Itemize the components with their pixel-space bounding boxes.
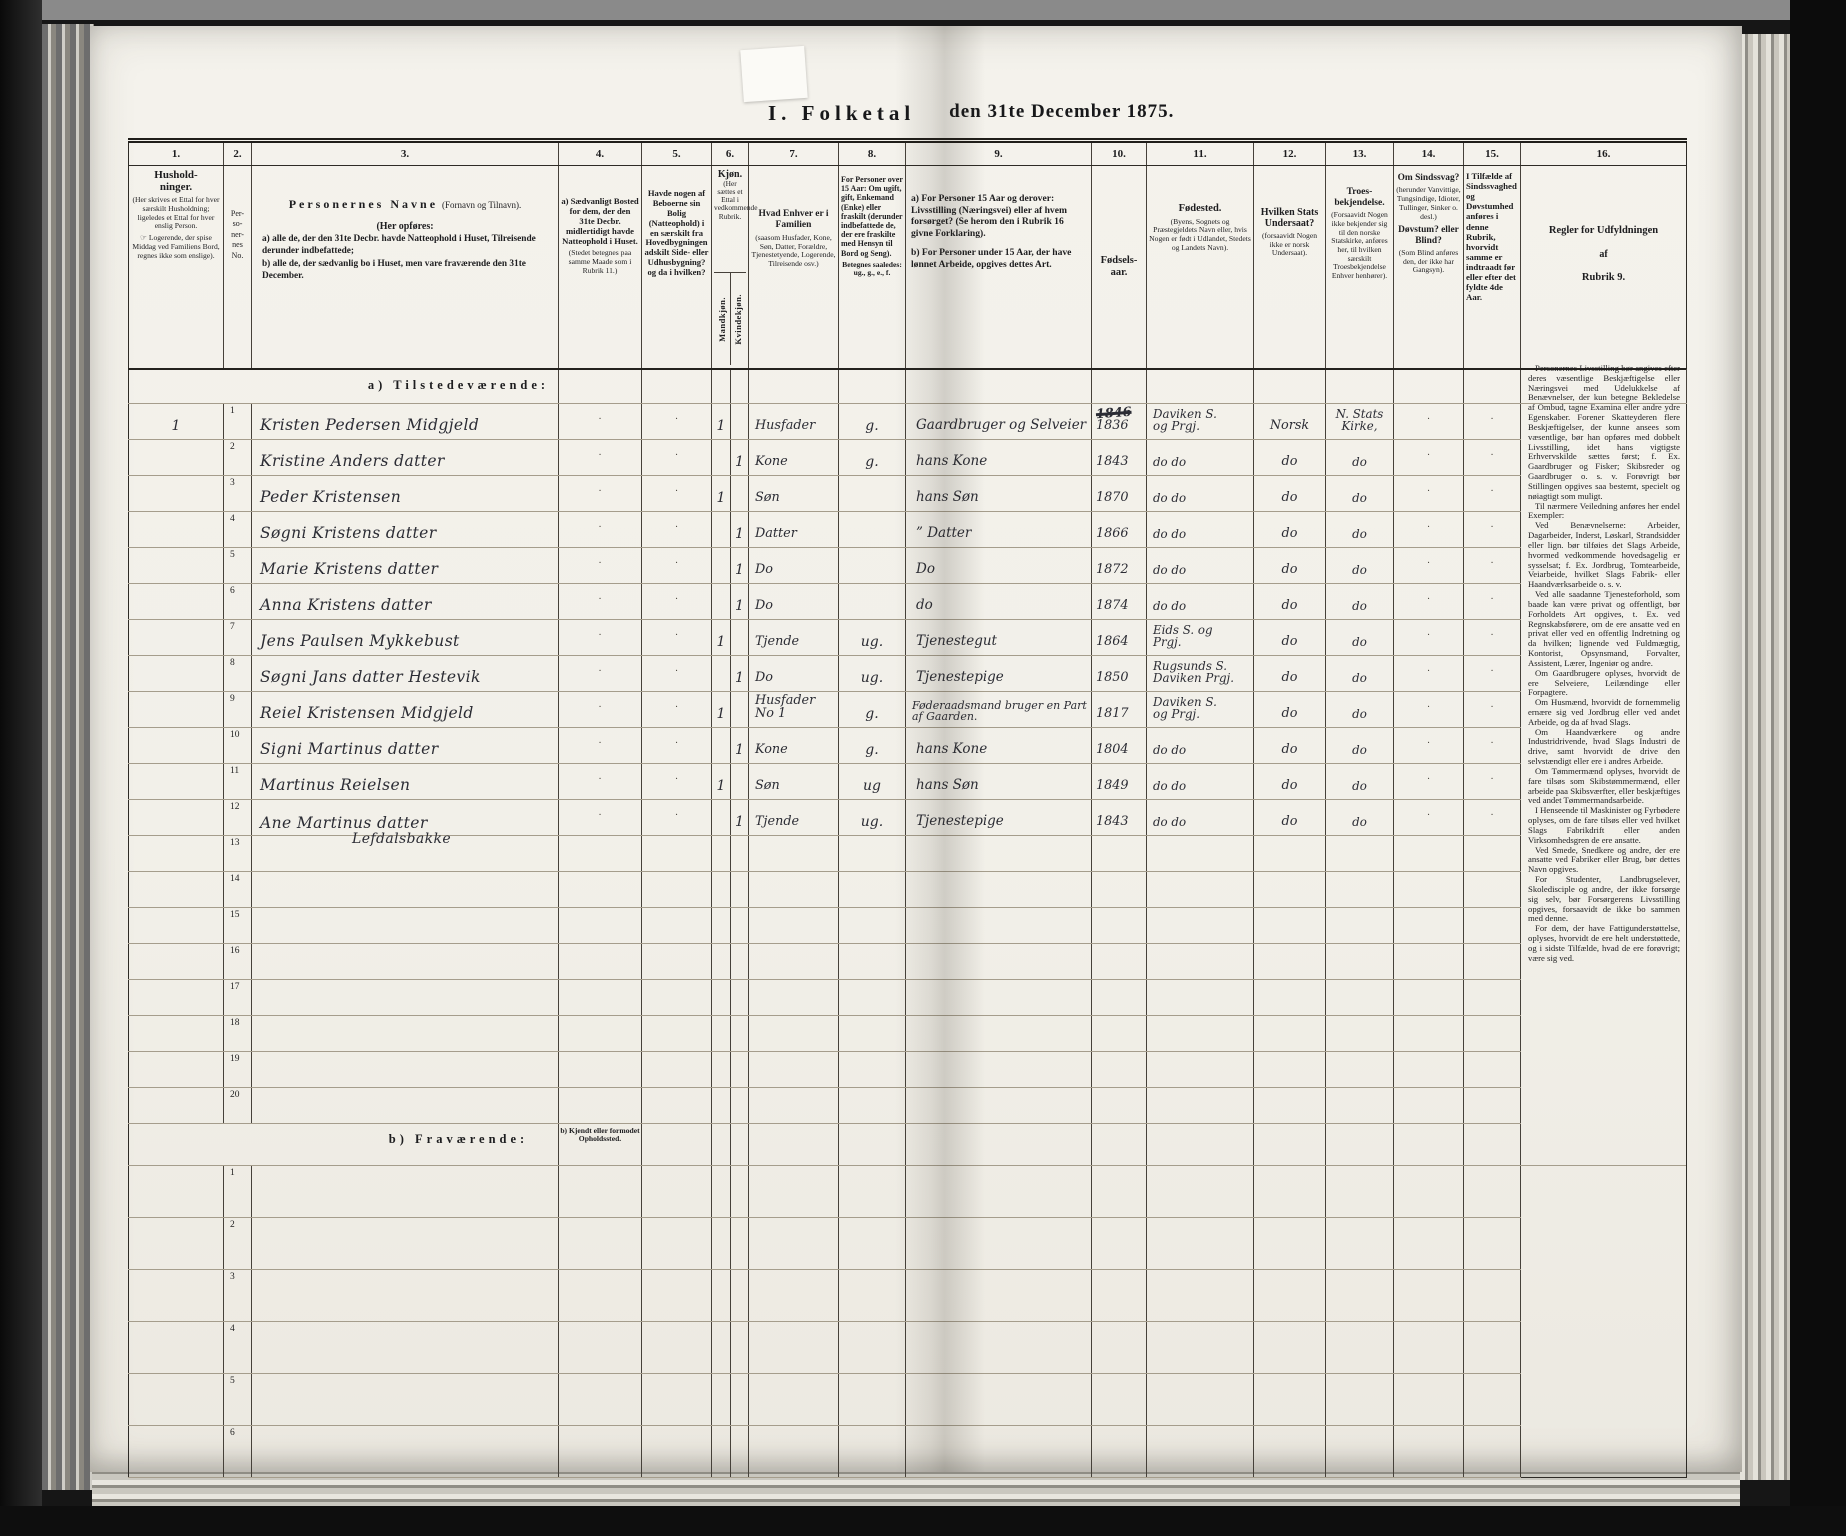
occupation-cell: hans Kone — [906, 727, 1092, 763]
rules-column-cell — [1521, 1269, 1687, 1321]
empty-cell — [1092, 1087, 1147, 1123]
empty-cell — [1464, 1373, 1521, 1425]
empty-cell — [252, 907, 559, 943]
rules-column-cell — [1521, 1217, 1687, 1269]
outbuilding-cell: · — [642, 403, 712, 439]
empty-cell — [642, 1087, 712, 1123]
empty-cell — [1147, 835, 1254, 871]
empty-cell — [1394, 1087, 1464, 1123]
colnum-6: 6. — [712, 141, 749, 166]
male-mark-cell — [712, 799, 731, 835]
female-mark-cell: 1 — [731, 583, 749, 619]
absent-person-row: 3 — [129, 1269, 1687, 1321]
occupation-cell: hans Søn — [906, 763, 1092, 799]
creed-cell: do — [1326, 547, 1394, 583]
empty-cell — [559, 1217, 642, 1269]
male-mark-cell — [712, 727, 731, 763]
empty-cell — [1326, 369, 1394, 403]
female-mark-cell — [731, 763, 749, 799]
scanner-right-edge — [1790, 0, 1846, 1536]
household-number-cell — [129, 583, 224, 619]
household-number-cell — [129, 799, 224, 835]
empty-present-row: 15 — [129, 907, 1687, 943]
disability-cell: · — [1394, 799, 1464, 835]
empty-cell — [1326, 1087, 1394, 1123]
outbuilding-cell: · — [642, 655, 712, 691]
empty-cell — [731, 1051, 749, 1087]
empty-cell — [731, 1425, 749, 1477]
male-mark-cell — [712, 547, 731, 583]
colnum-9: 9. — [906, 141, 1092, 166]
rules-paragraph-12: For dem, der have Fattigunderstøttelse, … — [1528, 924, 1680, 963]
birthplace-note: (Byens, Sognets og Præstegjeldets Navn e… — [1149, 218, 1251, 253]
disability-line1: Om Sindssvag? — [1396, 173, 1461, 183]
household-cell — [129, 907, 224, 943]
person-name-cell: Ane Martinus datterLefdalsbakke — [252, 799, 559, 835]
row-number-cell: 20 — [224, 1087, 252, 1123]
colnum-15: 15. — [1464, 141, 1521, 166]
empty-cell — [1254, 943, 1326, 979]
empty-cell — [1147, 1015, 1254, 1051]
row-number-cell: 15 — [224, 907, 252, 943]
empty-cell — [839, 1165, 906, 1217]
empty-cell — [839, 1015, 906, 1051]
empty-cell — [252, 1321, 559, 1373]
birthplace-cell: do do — [1147, 583, 1254, 619]
row-number-cell: 16 — [224, 943, 252, 979]
birthplace-cell: do do — [1147, 475, 1254, 511]
birth-year-cell: 1817 — [1092, 691, 1147, 727]
empty-cell — [839, 1217, 906, 1269]
empty-cell — [1147, 1373, 1254, 1425]
birth-year-cell: 18461836 — [1092, 403, 1147, 439]
empty-cell — [1394, 369, 1464, 403]
empty-cell — [906, 907, 1092, 943]
usual-residence-cell: · — [559, 403, 642, 439]
empty-cell — [839, 1123, 906, 1165]
disability-note1: (herunder Vanvittige, Tungsindige, Idiot… — [1396, 186, 1461, 221]
empty-cell — [642, 835, 712, 871]
citizenship-cell: do — [1254, 727, 1326, 763]
empty-cell — [712, 871, 731, 907]
empty-cell — [252, 943, 559, 979]
row-number-cell: 3 — [224, 1269, 252, 1321]
empty-cell — [1326, 1373, 1394, 1425]
outbuilding-cell: · — [642, 691, 712, 727]
empty-cell — [1464, 871, 1521, 907]
empty-cell — [1254, 1051, 1326, 1087]
rules-column-cell — [1521, 1373, 1687, 1425]
absent-residence-note: b) Kjendt eller formodet Opholdssted. — [559, 1123, 642, 1165]
names-intro: (Her opføres: — [254, 221, 556, 232]
outbuilding-text: Havde nogen af Beboerne sin Bolig (Natte… — [644, 189, 709, 278]
household-cell — [129, 1373, 224, 1425]
empty-cell — [1326, 1123, 1394, 1165]
empty-cell — [906, 1123, 1092, 1165]
census-table-body: a) Tilstedeværende:11Kristen Pedersen Mi… — [129, 369, 1687, 1477]
header-outbuilding: Havde nogen af Beboerne sin Bolig (Natte… — [642, 166, 712, 370]
empty-cell — [1464, 1123, 1521, 1165]
occupation-cell: Tjenestepige — [906, 799, 1092, 835]
usual-residence-cell: · — [559, 547, 642, 583]
section-present-row: a) Tilstedeværende: — [129, 369, 1687, 403]
rules-paragraph-7: Om Haandværkere og andre Industridrivend… — [1528, 728, 1680, 767]
colnum-11: 11. — [1147, 141, 1254, 166]
family-position-cell: Kone — [749, 439, 839, 475]
households-note2: ☞ Logerende, der spise Middag ved Famili… — [131, 234, 221, 260]
birthplace-cell: do do — [1147, 547, 1254, 583]
page-title: I. Folketal den 31te December 1875. — [768, 101, 1174, 126]
marital-status-text: For Personer over 15 Aar: Om ugift, gift… — [841, 175, 903, 258]
male-mark-cell: 1 — [712, 475, 731, 511]
row-number-cell: 2 — [224, 1217, 252, 1269]
row-number-cell: 6 — [224, 1425, 252, 1477]
empty-cell — [252, 871, 559, 907]
empty-cell — [906, 1165, 1092, 1217]
colnum-4: 4. — [559, 141, 642, 166]
onset-age-cell: · — [1464, 619, 1521, 655]
names-subtitle: (Fornavn og Tilnavn). — [442, 200, 521, 210]
empty-cell — [1092, 1425, 1147, 1477]
empty-cell — [1464, 369, 1521, 403]
occupation-cell: Tjenestegut — [906, 619, 1092, 655]
rules-title-line1: Regler for Udfyldningen — [1523, 225, 1684, 237]
empty-cell — [559, 1425, 642, 1477]
empty-cell — [712, 943, 731, 979]
empty-cell — [1147, 1087, 1254, 1123]
households-note: (Her skrives et Ettal for hver særskilt … — [131, 196, 221, 231]
colnum-12: 12. — [1254, 141, 1326, 166]
empty-cell — [731, 979, 749, 1015]
empty-cell — [906, 871, 1092, 907]
household-number-cell — [129, 439, 224, 475]
empty-cell — [731, 1269, 749, 1321]
empty-cell — [1147, 1321, 1254, 1373]
citizenship-cell: do — [1254, 763, 1326, 799]
empty-cell — [749, 1373, 839, 1425]
empty-cell — [642, 1217, 712, 1269]
empty-cell — [1326, 943, 1394, 979]
empty-cell — [749, 979, 839, 1015]
header-names: Personernes Navne (Fornavn og Tilnavn). … — [252, 166, 559, 370]
birth-year-cell: 1866 — [1092, 511, 1147, 547]
household-number-cell — [129, 511, 224, 547]
creed-cell: do — [1326, 691, 1394, 727]
outbuilding-cell: · — [642, 439, 712, 475]
empty-cell — [839, 1051, 906, 1087]
empty-cell — [1394, 835, 1464, 871]
empty-cell — [1394, 907, 1464, 943]
onset-age-cell: · — [1464, 727, 1521, 763]
empty-cell — [906, 979, 1092, 1015]
occupation-cell: ” Datter — [906, 511, 1092, 547]
empty-cell — [1394, 871, 1464, 907]
onset-age-cell: · — [1464, 691, 1521, 727]
empty-cell — [839, 1269, 906, 1321]
census-person-row: 7Jens Paulsen Mykkebust··1Tjendeug.Tjene… — [129, 619, 1687, 655]
empty-cell — [642, 1123, 712, 1165]
empty-present-row: 17 — [129, 979, 1687, 1015]
creed-cell: do — [1326, 619, 1394, 655]
creed-note: (Forsaavidt Nogen ikke bekjender sig til… — [1328, 211, 1391, 281]
empty-cell — [1464, 943, 1521, 979]
rules-paragraph-11: For Studenter, Landbrugselever, Skoledis… — [1528, 875, 1680, 924]
empty-cell — [731, 943, 749, 979]
empty-cell — [749, 1165, 839, 1217]
birth-year-cell: 1850 — [1092, 655, 1147, 691]
census-person-row: 3Peder Kristensen··1Sønhans Søn1870do do… — [129, 475, 1687, 511]
empty-cell — [1092, 369, 1147, 403]
empty-cell — [712, 835, 731, 871]
empty-cell — [1254, 1425, 1326, 1477]
row-number-cell: 7 — [224, 619, 252, 655]
empty-cell — [1464, 979, 1521, 1015]
person-name-cell: Reiel Kristensen Midgjeld — [252, 691, 559, 727]
sex-note: (Her sættes et Ettal i vedkommende Rubri… — [714, 180, 746, 221]
empty-cell — [839, 979, 906, 1015]
empty-cell — [1464, 1425, 1521, 1477]
census-person-row: 8Søgni Jans datter Hestevik··1Doug.Tjene… — [129, 655, 1687, 691]
female-mark-cell — [731, 691, 749, 727]
household-number-cell: 1 — [129, 403, 224, 439]
empty-cell — [252, 1165, 559, 1217]
section-absent-row: b) Fraværende:b) Kjendt eller formodet O… — [129, 1123, 1687, 1165]
disability-cell: · — [1394, 727, 1464, 763]
empty-cell — [559, 1373, 642, 1425]
empty-cell — [731, 1373, 749, 1425]
person-name-cell: Signi Martinus datter — [252, 727, 559, 763]
empty-cell — [712, 1425, 731, 1477]
birthplace-cell: Daviken S. og Prgj. — [1147, 403, 1254, 439]
empty-cell — [1394, 1051, 1464, 1087]
absent-person-row: 4 — [129, 1321, 1687, 1373]
male-mark-cell: 1 — [712, 691, 731, 727]
empty-cell — [1254, 871, 1326, 907]
empty-cell — [559, 907, 642, 943]
rules-column-cell — [1521, 1321, 1687, 1373]
header-households: Hushold- ninger. (Her skrives et Ettal f… — [129, 166, 224, 370]
empty-cell — [1147, 871, 1254, 907]
empty-cell — [839, 1425, 906, 1477]
marital-status-cell: ug. — [839, 799, 906, 835]
occupation-cell: Do — [906, 547, 1092, 583]
empty-cell — [642, 1269, 712, 1321]
empty-cell — [1464, 907, 1521, 943]
family-position-cell: Husfader — [749, 403, 839, 439]
outbuilding-cell: · — [642, 619, 712, 655]
empty-cell — [1464, 1217, 1521, 1269]
empty-cell — [1092, 1321, 1147, 1373]
empty-cell — [712, 1051, 731, 1087]
empty-cell — [749, 1321, 839, 1373]
creed-cell: do — [1326, 583, 1394, 619]
empty-cell — [1326, 979, 1394, 1015]
row-number-cell: 2 — [224, 439, 252, 475]
empty-cell — [1394, 1321, 1464, 1373]
sex-female-label: Kvindekjøn. — [733, 294, 743, 345]
person-name-cell: Kristine Anders datter — [252, 439, 559, 475]
colnum-8: 8. — [839, 141, 906, 166]
outbuilding-cell: · — [642, 727, 712, 763]
empty-cell — [1254, 1165, 1326, 1217]
occupation-cell: Gaardbruger og Selveier — [906, 403, 1092, 439]
citizenship-cell: do — [1254, 655, 1326, 691]
birthplace-cell: do do — [1147, 727, 1254, 763]
creed-cell: do — [1326, 727, 1394, 763]
empty-cell — [712, 1087, 731, 1123]
person-name-cell: Søgni Jans datter Hestevik — [252, 655, 559, 691]
rules-paragraph-5: Om Gaardbrugere oplyses, hvorvidt de ere… — [1528, 669, 1680, 698]
census-person-row: 11Martinus Reielsen··1Sønughans Søn1849d… — [129, 763, 1687, 799]
household-cell — [129, 1015, 224, 1051]
empty-cell — [731, 1015, 749, 1051]
onset-age-cell: · — [1464, 799, 1521, 835]
outbuilding-cell: · — [642, 511, 712, 547]
header-occupation: a) For Personer 15 Aar og derover: Livss… — [906, 166, 1092, 370]
female-mark-cell: 1 — [731, 799, 749, 835]
names-title: Personernes Navne — [289, 197, 438, 211]
disability-cell: · — [1394, 547, 1464, 583]
rules-paragraph-3: Ved Benævnelserne: Arbeider, Dagarbeider… — [1528, 521, 1680, 590]
usual-residence-cell: · — [559, 691, 642, 727]
empty-cell — [1326, 1015, 1394, 1051]
empty-cell — [749, 1015, 839, 1051]
row-number-cell: 12 — [224, 799, 252, 835]
citizenship-cell: do — [1254, 691, 1326, 727]
empty-cell — [1464, 1087, 1521, 1123]
empty-cell — [749, 835, 839, 871]
empty-cell — [731, 1087, 749, 1123]
citizenship-cell: do — [1254, 475, 1326, 511]
empty-cell — [731, 1165, 749, 1217]
birthplace-cell: do do — [1147, 511, 1254, 547]
page-title-date: den 31te December 1875. — [949, 101, 1174, 126]
empty-cell — [1326, 871, 1394, 907]
household-number-cell — [129, 547, 224, 583]
outbuilding-cell: · — [642, 475, 712, 511]
family-position-cell: Tjende — [749, 619, 839, 655]
empty-cell — [1254, 1123, 1326, 1165]
empty-cell — [712, 1217, 731, 1269]
birthplace-title: Fødested. — [1149, 203, 1251, 215]
absent-person-row: 1 — [129, 1165, 1687, 1217]
empty-cell — [559, 1321, 642, 1373]
empty-cell — [712, 1269, 731, 1321]
empty-cell — [1254, 1373, 1326, 1425]
household-number-cell — [129, 655, 224, 691]
empty-cell — [839, 1321, 906, 1373]
empty-cell — [1394, 1123, 1464, 1165]
birth-year-cell: 1843 — [1092, 439, 1147, 475]
onset-age-cell: · — [1464, 583, 1521, 619]
marital-status-cell: g. — [839, 439, 906, 475]
empty-cell — [1254, 979, 1326, 1015]
male-mark-cell: 1 — [712, 403, 731, 439]
census-person-row: 5Marie Kristens datter··1DoDo1872do dodo… — [129, 547, 1687, 583]
empty-cell — [1092, 943, 1147, 979]
marital-status-note: Betegnes saaledes: ug., g., e., f. — [841, 261, 903, 278]
absent-person-row: 2 — [129, 1217, 1687, 1269]
marital-status-cell — [839, 511, 906, 547]
household-cell — [129, 979, 224, 1015]
person-name-cell: Marie Kristens datter — [252, 547, 559, 583]
disability-cell: · — [1394, 655, 1464, 691]
onset-age-cell: · — [1464, 439, 1521, 475]
male-mark-cell — [712, 439, 731, 475]
empty-cell — [712, 907, 731, 943]
birthplace-cell: Eids S. og Prgj. — [1147, 619, 1254, 655]
header-marital-status: For Personer over 15 Aar: Om ugift, gift… — [839, 166, 906, 370]
disability-cell: · — [1394, 691, 1464, 727]
creed-cell: do — [1326, 763, 1394, 799]
family-position-text: Hvad Enhver er i Familien — [751, 209, 836, 231]
rules-paragraph-10: Ved Smede, Snedkere og andre, der ere an… — [1528, 846, 1680, 875]
empty-cell — [1092, 1015, 1147, 1051]
birthplace-cell: do do — [1147, 799, 1254, 835]
absent-person-row: 5 — [129, 1373, 1687, 1425]
census-table: 1. 2. 3. 4. 5. 6. 7. 8. 9. 10. 11. 12. 1… — [128, 138, 1687, 1478]
empty-cell — [252, 1087, 559, 1123]
empty-cell — [906, 943, 1092, 979]
rules-paragraph-4: Ved alle saadanne Tjenesteforhold, som b… — [1528, 590, 1680, 669]
onset-age-cell: · — [1464, 511, 1521, 547]
citizenship-cell: Norsk — [1254, 403, 1326, 439]
colnum-13: 13. — [1326, 141, 1394, 166]
empty-cell — [749, 1051, 839, 1087]
census-person-row: 4Søgni Kristens datter··1Datter” Datter1… — [129, 511, 1687, 547]
birthplace-cell: Daviken S. og Prgj. — [1147, 691, 1254, 727]
male-mark-cell — [712, 511, 731, 547]
page-corner-tab — [740, 46, 807, 102]
birthplace-cell: Rugsunds S. Daviken Prgj. — [1147, 655, 1254, 691]
marital-status-cell: ug. — [839, 655, 906, 691]
empty-present-row: 16 — [129, 943, 1687, 979]
page-stack-left — [42, 24, 94, 1490]
usual-residence-text: a) Sædvanligt Bosted for dem, der den 31… — [561, 197, 639, 246]
empty-cell — [712, 1321, 731, 1373]
section-label: a) Tilstedeværende: — [129, 369, 559, 403]
empty-cell — [1326, 1269, 1394, 1321]
empty-cell — [749, 1269, 839, 1321]
rules-paragraph-2: Til nærmere Veiledning anføres her endel… — [1528, 502, 1680, 522]
creed-cell: N. Stats Kirke, — [1326, 403, 1394, 439]
citizenship-cell: do — [1254, 511, 1326, 547]
empty-cell — [749, 871, 839, 907]
row-number-cell: 19 — [224, 1051, 252, 1087]
usual-residence-note: (Stedet betegnes paa samme Maade som i R… — [561, 249, 639, 275]
disability-cell: · — [1394, 403, 1464, 439]
outbuilding-cell: · — [642, 763, 712, 799]
section-label: b) Fraværende: — [129, 1123, 559, 1165]
male-mark-cell: 1 — [712, 619, 731, 655]
census-person-row: 9Reiel Kristensen Midgjeld··1Husfader No… — [129, 691, 1687, 727]
disability-cell: · — [1394, 511, 1464, 547]
empty-cell — [1254, 1087, 1326, 1123]
empty-cell — [839, 1087, 906, 1123]
empty-cell — [731, 907, 749, 943]
empty-cell — [839, 871, 906, 907]
usual-residence-cell: · — [559, 511, 642, 547]
disability-cell: · — [1394, 439, 1464, 475]
names-item-b: b) alle de, der sædvanlig bo i Huset, me… — [262, 259, 550, 282]
usual-residence-cell: · — [559, 583, 642, 619]
page-title-prefix: I. Folketal — [768, 101, 915, 126]
family-position-cell: Tjende — [749, 799, 839, 835]
female-mark-cell: 1 — [731, 655, 749, 691]
usual-residence-cell: · — [559, 439, 642, 475]
empty-cell — [559, 369, 642, 403]
empty-cell — [559, 1165, 642, 1217]
